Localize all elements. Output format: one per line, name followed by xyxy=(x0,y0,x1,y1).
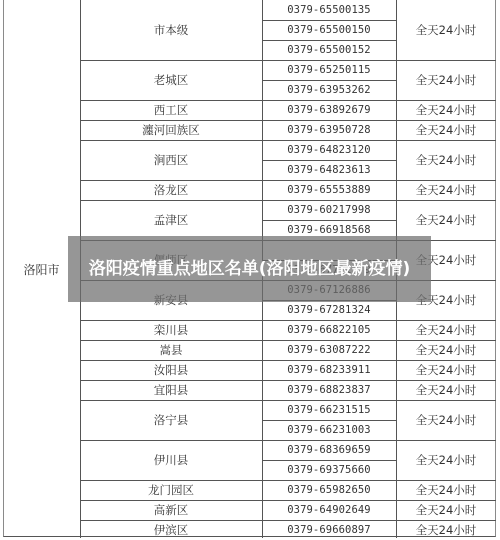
district-cell: 瀍河回族区 xyxy=(80,120,262,140)
phone-cell: 0379-65982650 xyxy=(262,480,396,500)
phone-cell: 0379-63087222 xyxy=(262,340,396,360)
district-cell: 市本级 xyxy=(80,0,262,60)
phone-cell: 0379-66822105 xyxy=(262,320,396,340)
hours-cell: 全天24小时 xyxy=(396,380,496,400)
phone-cell: 0379-67281324 xyxy=(262,300,396,320)
hours-cell: 全天24小时 xyxy=(396,200,496,240)
hours-cell: 全天24小时 xyxy=(396,0,496,60)
hours-cell: 全天24小时 xyxy=(396,120,496,140)
phone-cell: 0379-63892679 xyxy=(262,100,396,120)
district-cell: 汝阳县 xyxy=(80,360,262,380)
hours-cell: 全天24小时 xyxy=(396,400,496,440)
hours-cell: 全天24小时 xyxy=(396,360,496,380)
hours-cell: 全天24小时 xyxy=(396,440,496,480)
district-cell: 洛龙区 xyxy=(80,180,262,200)
hours-cell: 全天24小时 xyxy=(396,180,496,200)
district-cell: 洛宁县 xyxy=(80,400,262,440)
district-cell: 宜阳县 xyxy=(80,380,262,400)
district-cell: 栾川县 xyxy=(80,320,262,340)
district-cell: 龙门园区 xyxy=(80,480,262,500)
phone-cell: 0379-63950728 xyxy=(262,120,396,140)
phone-cell: 0379-66231515 xyxy=(262,400,396,420)
phone-cell: 0379-60217998 xyxy=(262,200,396,220)
article-title: 洛阳疫情重点地区名单(洛阳地区最新疫情) xyxy=(81,259,419,280)
phone-cell: 0379-63953262 xyxy=(262,80,396,100)
district-cell: 孟津区 xyxy=(80,200,262,240)
district-cell: 西工区 xyxy=(80,100,262,120)
hours-cell: 全天24小时 xyxy=(396,500,496,520)
district-cell: 伊川县 xyxy=(80,440,262,480)
district-cell: 伊滨区 xyxy=(80,520,262,540)
phone-cell: 0379-64823613 xyxy=(262,160,396,180)
phone-cell: 0379-65250115 xyxy=(262,60,396,80)
phone-cell: 0379-66231003 xyxy=(262,420,396,440)
district-cell: 高新区 xyxy=(80,500,262,520)
phone-cell: 0379-65553889 xyxy=(262,180,396,200)
phone-cell: 0379-65500135 xyxy=(262,0,396,20)
district-cell: 嵩县 xyxy=(80,340,262,360)
phone-cell: 0379-68823837 xyxy=(262,380,396,400)
hours-cell: 全天24小时 xyxy=(396,100,496,120)
phone-cell: 0379-68369659 xyxy=(262,440,396,460)
hours-cell: 全天24小时 xyxy=(396,480,496,500)
phone-cell: 0379-64823120 xyxy=(262,140,396,160)
phone-cell: 0379-69375660 xyxy=(262,460,396,480)
hours-cell: 全天24小时 xyxy=(396,320,496,340)
phone-cell: 0379-65500152 xyxy=(262,40,396,60)
district-cell: 涧西区 xyxy=(80,140,262,180)
hours-cell: 全天24小时 xyxy=(396,520,496,540)
phone-cell: 0379-68233911 xyxy=(262,360,396,380)
phone-cell: 0379-64902649 xyxy=(262,500,396,520)
article-title-overlay: 洛阳疫情重点地区名单(洛阳地区最新疫情) xyxy=(68,236,431,302)
phone-cell: 0379-69660897 xyxy=(262,520,396,540)
district-cell: 老城区 xyxy=(80,60,262,100)
hours-cell: 全天24小时 xyxy=(396,60,496,100)
phone-cell: 0379-65500150 xyxy=(262,20,396,40)
hours-cell: 全天24小时 xyxy=(396,140,496,180)
hours-cell: 全天24小时 xyxy=(396,340,496,360)
